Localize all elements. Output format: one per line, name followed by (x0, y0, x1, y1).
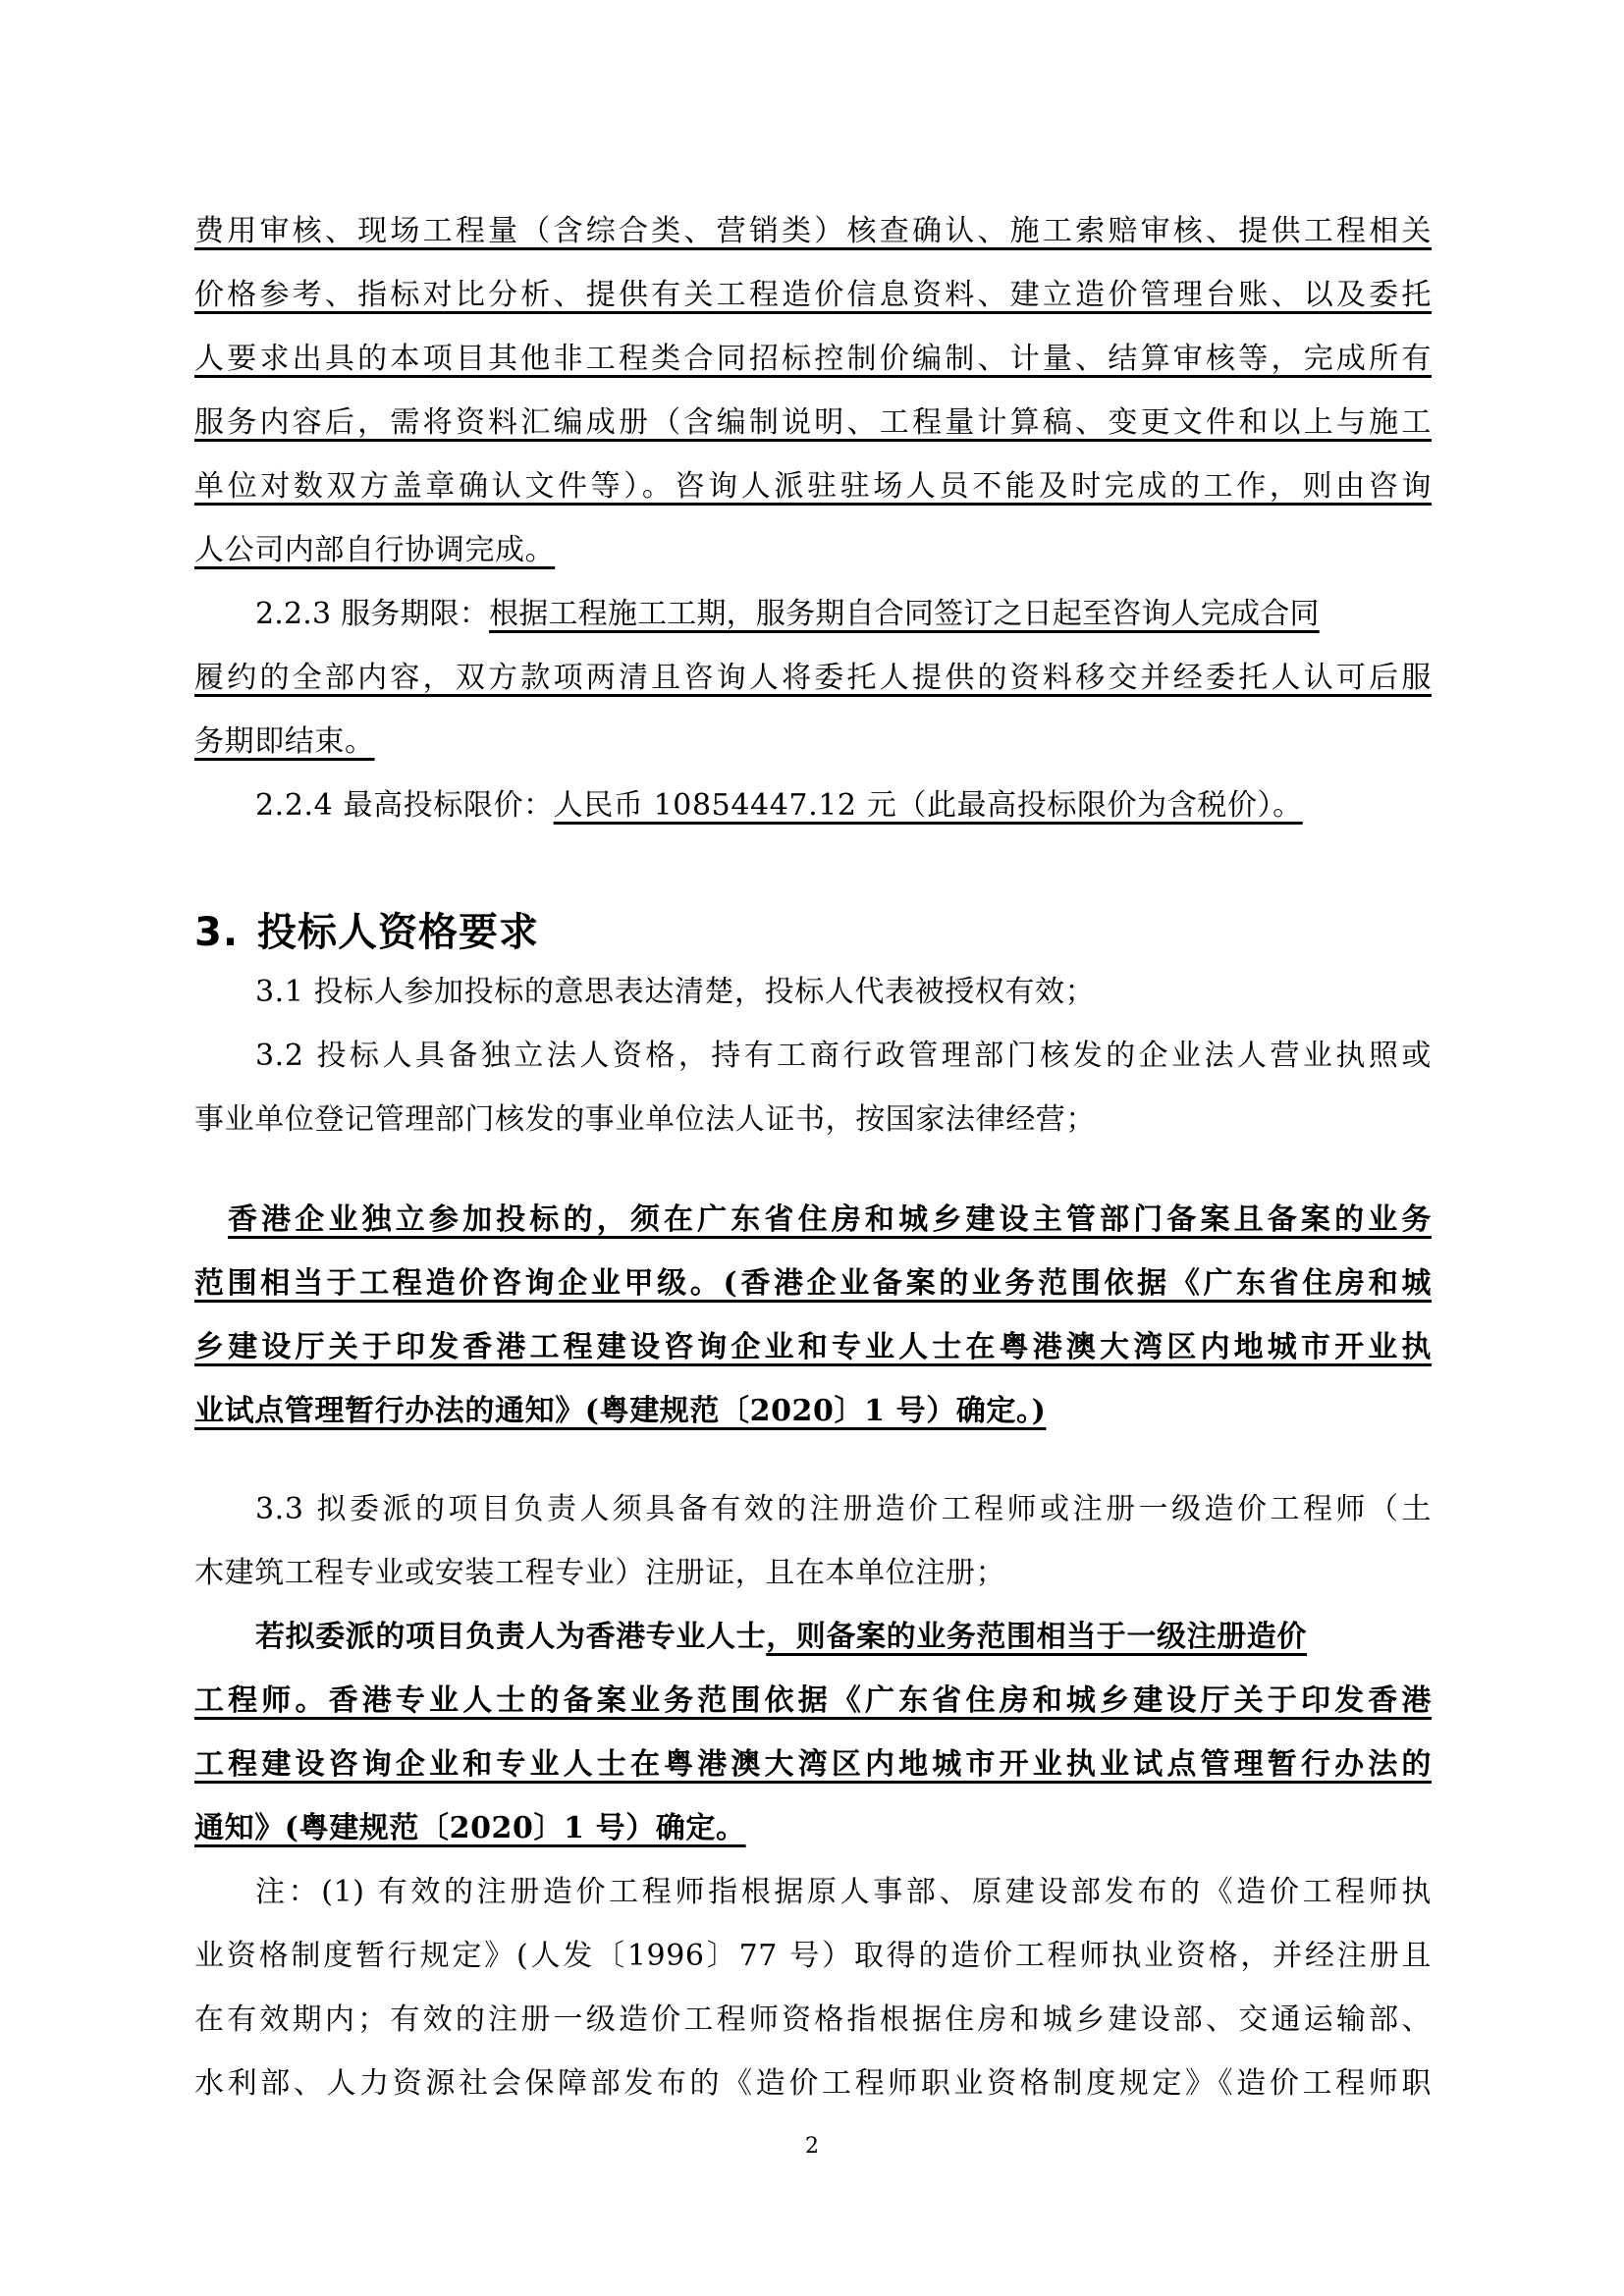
intro-line: 人要求出具的本项目其他非工程类合同招标控制价编制、计量、结算审核等，完成所有 (194, 338, 1432, 381)
clause-label: 2.2.3 服务期限： (255, 597, 489, 631)
section-heading: 3.投标人资格要求 (194, 903, 539, 962)
intro-line: 价格参考、指标对比分析、提供有关工程造价信息资料、建立造价管理台账、以及委托 (194, 274, 1432, 317)
hk-enterprise-line: 范围相当于工程造价咨询企业甲级。(香港企业备案的业务范围依据《广东省住房和城 (194, 1262, 1432, 1306)
note-line: 在有效期内；有效的注册一级造价工程师资格指根据住房和城乡建设部、交通运输部、 (194, 1999, 1432, 2042)
intro-line: 服务内容后，需将资料汇编成册（含编制说明、工程量计算稿、变更文件和以上与施工 (194, 401, 1432, 445)
clause-3-1: 3.1 投标人参加投标的意思表达清楚，投标人代表被授权有效； (194, 971, 1432, 1014)
hk-enterprise-line: 乡建设厅关于印发香港工程建设咨询企业和专业人士在粤港澳大湾区内地城市开业执 (194, 1326, 1432, 1369)
clause-2-2-3-line: 务期即结束。 (194, 721, 1432, 764)
hk-professional-para: 若拟委派的项目负责人为香港专业人士，则备案的业务范围相当于一级注册造价 (194, 1616, 1432, 1659)
clause-label: 2.2.4 最高投标限价： (255, 788, 554, 823)
clause-3-2: 3.2 投标人具备独立法人资格，持有工商行政管理部门核发的企业法人营业执照或 (194, 1035, 1432, 1078)
clause-2-2-3-line: 履约的全部内容，双方款项两清且咨询人将委托人提供的资料移交并经委托人认可后服 (194, 657, 1432, 700)
clause-2-2-4: 2.2.4 最高投标限价：人民币 10854447.12 元（此最高投标限价为含… (194, 784, 1432, 828)
hk-enterprise-para: 香港企业独立参加投标的，须在广东省住房和城乡建设主管部门备案且备案的业务 (194, 1199, 1432, 1242)
hk-professional-line: 工程建设咨询企业和专业人士在粤港澳大湾区内地城市开业执业试点管理暂行办法的 (194, 1743, 1432, 1787)
note-line: 业资格制度暂行规定》(人发〔1996〕77 号）取得的造价工程师执业资格，并经注… (194, 1935, 1432, 1978)
max-bid-price: 人民币 10854447.12 元（此最高投标限价为含税价）。 (554, 788, 1303, 823)
clause-3-3-line: 木建筑工程专业或安装工程专业）注册证，且在本单位注册； (194, 1552, 1432, 1595)
page-number: 2 (0, 2132, 1624, 2162)
clause-2-2-3: 2.2.3 服务期限：根据工程施工工期，服务期自合同签订之日起至咨询人完成合同 (194, 593, 1432, 636)
intro-line: 人公司内部自行协调完成。 (194, 529, 1432, 572)
hk-professional-line: 工程师。香港专业人士的备案业务范围依据《广东省住房和城乡建设厅关于印发香港 (194, 1680, 1432, 1723)
hk-professional-line: 通知》(粤建规范〔2020〕1 号）确定。 (194, 1807, 1432, 1850)
note-para: 注：(1) 有效的注册造价工程师指根据原人事部、原建设部发布的《造价工程师执 (194, 1871, 1432, 1914)
clause-3-2-line: 事业单位登记管理部门核发的事业单位法人证书，按国家法律经营； (194, 1098, 1432, 1142)
hk-enterprise-line: 业试点管理暂行办法的通知》(粤建规范〔2020〕1 号）确定。) (194, 1390, 1432, 1433)
intro-line: 单位对数双方盖章确认文件等）。咨询人派驻驻场人员不能及时完成的工作，则由咨询 (194, 465, 1432, 508)
note-line: 水利部、人力资源社会保障部发布的《造价工程师职业资格制度规定》《造价工程师职 (194, 2062, 1432, 2106)
document-page: 费用审核、现场工程量（含综合类、营销类）核查确认、施工索赔审核、提供工程相关 价… (0, 0, 1624, 2296)
intro-line: 费用审核、现场工程量（含综合类、营销类）核查确认、施工索赔审核、提供工程相关 (194, 210, 1432, 253)
section-number: 3. (194, 903, 257, 962)
clause-3-3: 3.3 拟委派的项目负责人须具备有效的注册造价工程师或注册一级造价工程师（土 (194, 1488, 1432, 1531)
section-title: 投标人资格要求 (257, 910, 539, 955)
